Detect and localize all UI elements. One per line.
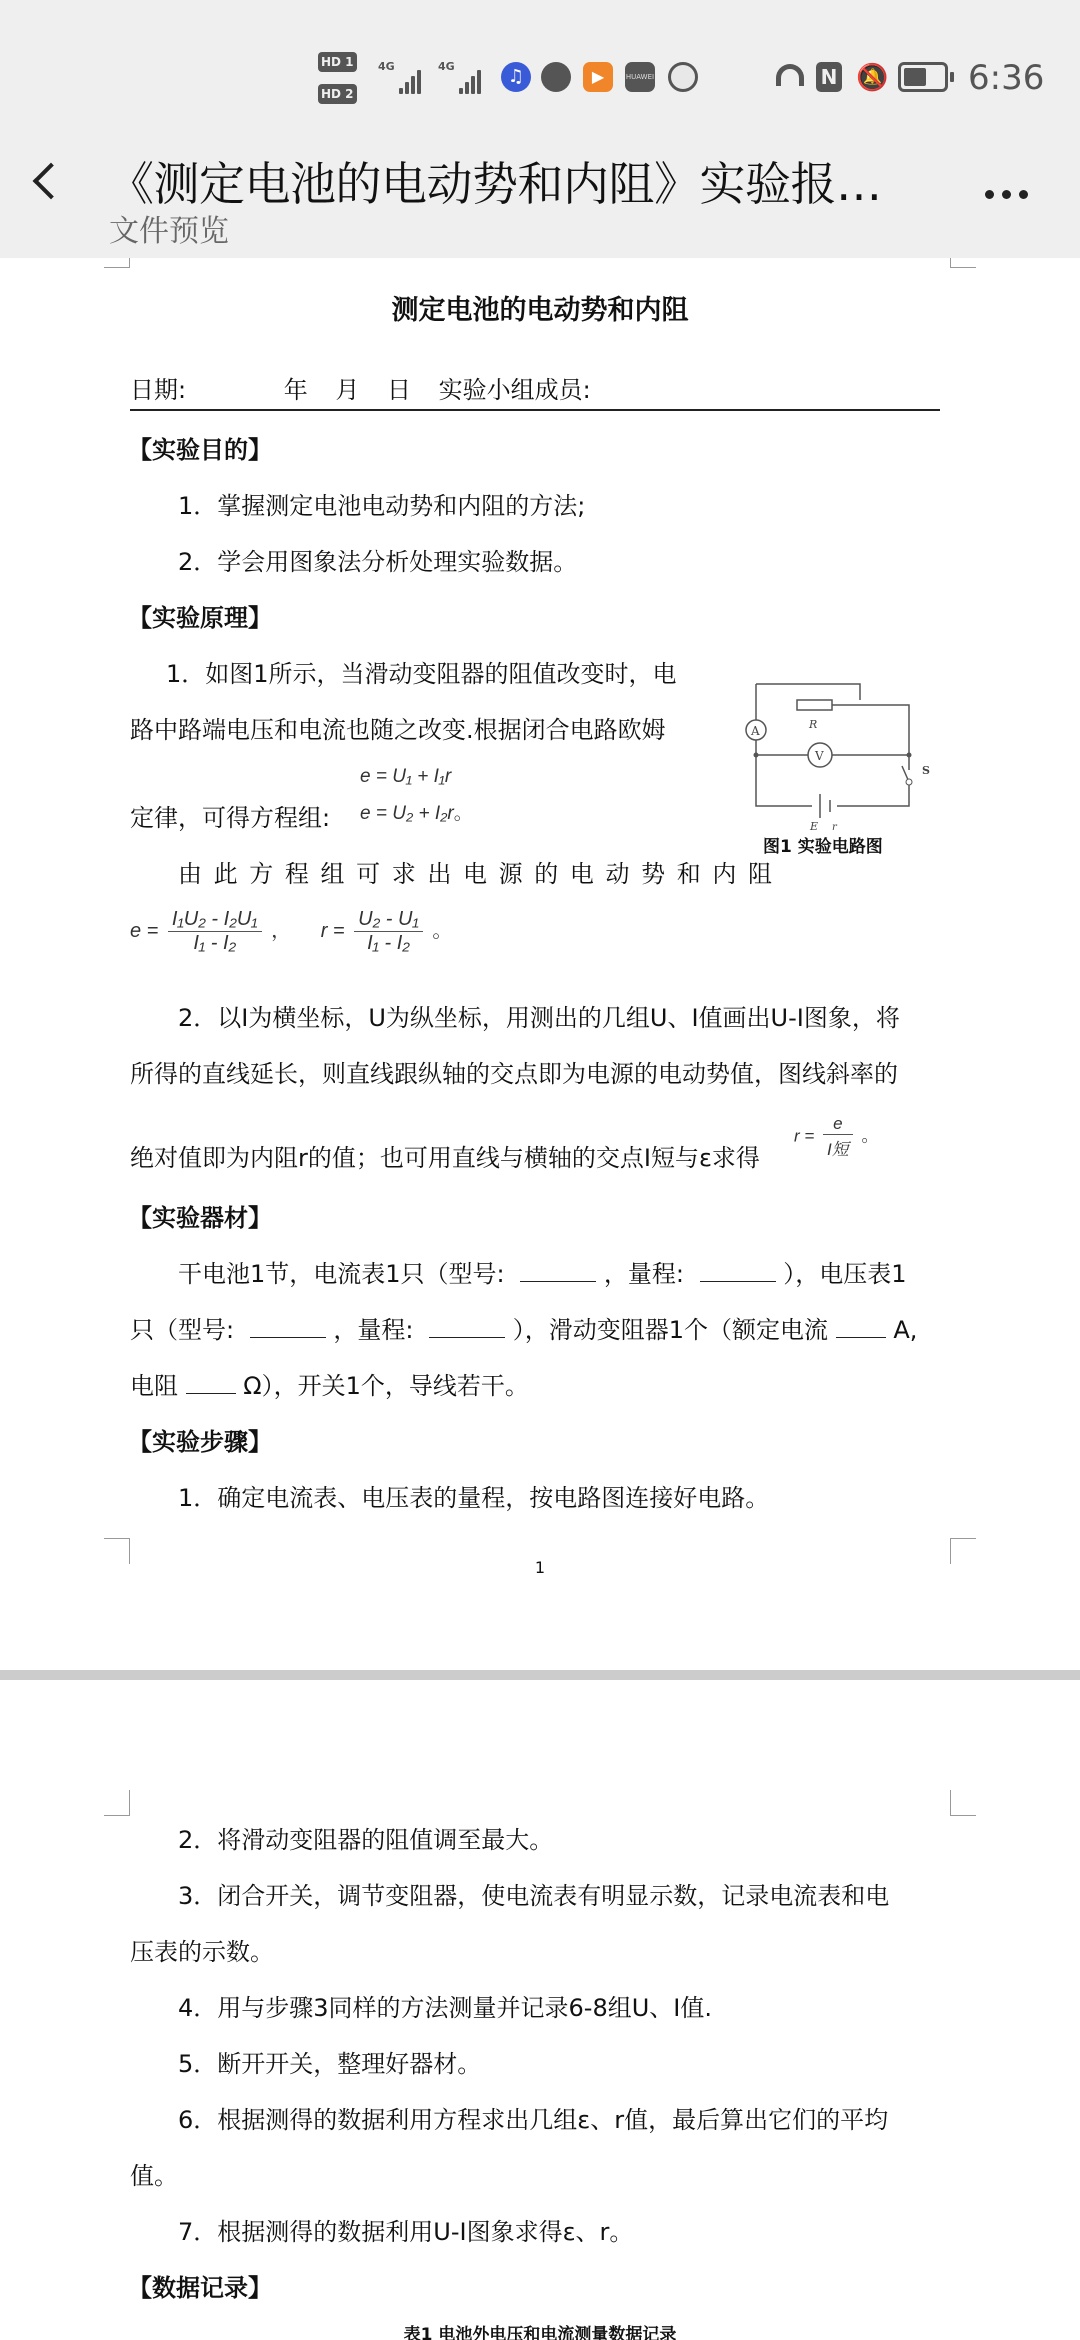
principle-text: 绝对值即为内阻r的值；也可用直线与横轴的交点I短与ε求得 xyxy=(130,1138,760,1173)
section-heading-equipment: 【实验器材】 xyxy=(128,1198,272,1233)
purpose-item: 1．掌握测定电池电动势和内阻的方法; xyxy=(178,486,585,521)
signal-sim1-icon: 4G xyxy=(378,60,421,94)
section-heading-data: 【数据记录】 xyxy=(128,2268,272,2303)
video-icon: ▶ xyxy=(583,62,613,92)
step-item: 6．根据测得的数据利用方程求出几组ε、r值，最后算出它们的平均 xyxy=(178,2100,888,2135)
equipment-text: 只（型号: ，量程: ），滑动变阻器1个（额定电流 A, xyxy=(130,1310,917,1345)
date-members-line: 日期: 年 月 日 实验小组成员: xyxy=(130,370,940,411)
figure-caption: 图1 实验电路图 xyxy=(763,832,883,857)
section-heading-principle: 【实验原理】 xyxy=(128,598,272,633)
page-number: 1 xyxy=(0,1558,1080,1577)
ammeter-range-blank xyxy=(700,1260,776,1282)
page-corner-mark xyxy=(104,258,130,268)
svg-text:R: R xyxy=(808,718,817,731)
step-item: 5．断开开关，整理好器材。 xyxy=(178,2044,481,2079)
principle-text: 2．以I为横坐标，U为纵坐标，用测出的几组U、I值画出U-I图象，将 xyxy=(178,998,900,1033)
table-caption: 表1 电池外电压和电流测量数据记录 xyxy=(0,2320,1080,2340)
section-heading-steps: 【实验步骤】 xyxy=(128,1422,272,1457)
document-page-2: 2．将滑动变阻器的阻值调至最大。 3．闭合开关，调节变阻器，使电流表有明显示数，… xyxy=(0,1680,1080,2340)
huawei-store-icon: HUAWEI xyxy=(625,62,655,92)
page-corner-mark xyxy=(104,1790,130,1816)
page-separator xyxy=(0,1670,1080,1680)
status-bar: HD 1 HD 2 4G 4G ♫ ▶ HUAWEI N 🔕 6:36 xyxy=(0,46,1080,116)
solution-formulas: e = I₁U₂ - I₂U₁I₁ - I₂ ， r = U₂ - U₁I₁ -… xyxy=(130,908,452,955)
short-circuit-formula: r = eI短 。 xyxy=(794,1114,879,1160)
ammeter-label: A xyxy=(750,724,760,738)
principle-text: 定律，可得方程组: xyxy=(130,798,330,833)
equation-1: e = U₁ + I₁r xyxy=(360,766,451,788)
voltmeter-range-blank xyxy=(429,1316,505,1338)
step-item: 7．根据测得的数据利用U-I图象求得ε、r。 xyxy=(178,2212,633,2247)
step-item: 压表的示数。 xyxy=(130,1932,274,1967)
page-corner-mark xyxy=(950,1790,976,1816)
clock: 6:36 xyxy=(968,58,1044,98)
principle-text: 1．如图1所示，当滑动变阻器的阻值改变时，电 xyxy=(166,654,677,689)
document-title: 《测定电池的电动势和内阻》实验报… xyxy=(108,148,882,214)
svg-text:S: S xyxy=(922,764,930,777)
headset-icon xyxy=(776,64,804,86)
step-item: 2．将滑动变阻器的阻值调至最大。 xyxy=(178,1820,553,1855)
signal-sim2-icon: 4G xyxy=(438,60,481,94)
chat-icon xyxy=(541,62,571,92)
resistance-blank xyxy=(186,1372,236,1394)
music-icon: ♫ xyxy=(501,62,531,92)
equipment-text: 干电池1节，电流表1只（型号: ，量程: ），电压表1 xyxy=(178,1254,907,1289)
back-button[interactable] xyxy=(33,163,70,200)
equipment-text: 电阻 Ω），开关1个，导线若干。 xyxy=(130,1366,529,1401)
page-corner-mark xyxy=(950,258,976,268)
battery-icon xyxy=(898,62,948,92)
step-item: 4．用与步骤3同样的方法测量并记录6-8组U、I值. xyxy=(178,1988,712,2023)
equation-2: e = U₂ + I₂r。 xyxy=(360,798,473,825)
doc-heading: 测定电池的电动势和内阻 xyxy=(0,288,1080,327)
header-subtitle: 文件预览 xyxy=(109,206,229,250)
step-item: 3．闭合开关，调节变阻器，使电流表有明显示数，记录电流表和电 xyxy=(178,1876,889,1911)
step-item: 值。 xyxy=(130,2156,178,2191)
mute-bell-icon: 🔕 xyxy=(856,62,882,94)
rated-current-blank xyxy=(836,1316,886,1338)
more-options-button[interactable] xyxy=(985,190,1028,199)
hd-sim1-icon: HD 1 xyxy=(318,52,366,74)
step-item: 1．确定电流表、电压表的量程，按电路图连接好电路。 xyxy=(178,1478,769,1513)
browser-icon xyxy=(668,62,698,92)
hd-sim2-icon: HD 2 xyxy=(318,84,366,106)
section-heading-purpose: 【实验目的】 xyxy=(128,430,272,465)
document-page-1: 测定电池的电动势和内阻 日期: 年 月 日 实验小组成员: 【实验目的】 1．掌… xyxy=(0,258,1080,1668)
principle-text: 由 此 方 程 组 可 求 出 电 源 的 电 动 势 和 内 阻 xyxy=(178,854,774,889)
principle-text: 路中路端电压和电流也随之改变.根据闭合电路欧姆 xyxy=(130,710,666,745)
nfc-icon: N xyxy=(816,62,842,92)
voltmeter-label: V xyxy=(814,749,824,763)
principle-text: 所得的直线延长，则直线跟纵轴的交点即为电源的电动势值，图线斜率的 xyxy=(130,1054,898,1089)
voltmeter-model-blank xyxy=(250,1316,326,1338)
ammeter-model-blank xyxy=(520,1260,596,1282)
purpose-item: 2．学会用图象法分析处理实验数据。 xyxy=(178,542,577,577)
app-header: HD 1 HD 2 4G 4G ♫ ▶ HUAWEI N 🔕 6:36 《测定电… xyxy=(0,0,1080,258)
